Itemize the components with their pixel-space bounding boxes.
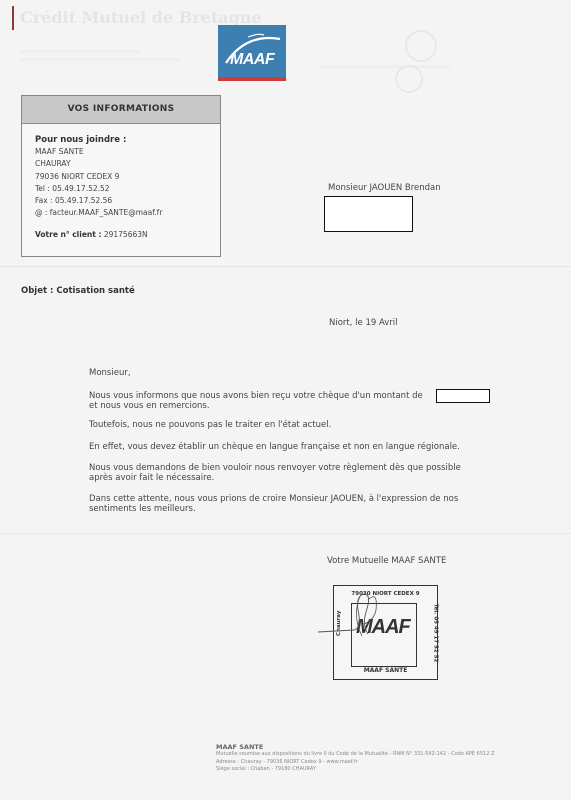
contact-heading: Pour nous joindre : <box>35 134 220 146</box>
signoff: Votre Mutuelle MAAF SANTE <box>327 556 446 566</box>
body-paragraph: et nous vous en remercions. <box>89 401 509 412</box>
ghost-line <box>20 58 180 61</box>
contact-fax: Fax : 05.49.17.52.56 <box>35 195 220 207</box>
footer-line: Adresse : Chauray - 79036 NIORT Cedex 9 … <box>216 759 494 766</box>
fold-line <box>0 266 571 268</box>
client-number: 29175663N <box>104 230 148 239</box>
stamp-name: MAAF SANTÉ <box>334 667 437 674</box>
info-box-title: VOS INFORMATIONS <box>22 96 220 124</box>
contact-line: MAAF SANTE <box>35 146 220 158</box>
redacted-address <box>324 196 413 232</box>
body-paragraph: après avoir fait le nécessaire. <box>89 473 509 484</box>
body-paragraph: Nous vous demandons de bien vouloir nous… <box>89 463 509 474</box>
recipient-name: Monsieur JAOUEN Brendan <box>328 183 441 193</box>
footer-line: Mutuelle soumise aux dispositions du liv… <box>216 751 494 758</box>
contact-line: 79036 NIORT CEDEX 9 <box>35 171 220 183</box>
contact-phone: Tel : 05.49.17.52.52 <box>35 183 220 195</box>
maaf-logo: MAAF <box>218 25 286 77</box>
scan-mark <box>12 6 14 30</box>
ghost-circle <box>395 65 423 93</box>
contact-email: @ : facteur.MAAF_SANTE@maaf.fr <box>35 207 220 219</box>
letter-subject: Objet : Cotisation santé <box>21 286 135 296</box>
info-box: VOS INFORMATIONS Pour nous joindre : MAA… <box>21 95 221 257</box>
ghost-line <box>20 50 140 53</box>
logo-red-bar <box>218 77 286 81</box>
ghost-line <box>320 65 450 68</box>
salutation: Monsieur, <box>89 368 509 379</box>
body-paragraph: sentiments les meilleurs. <box>89 504 509 515</box>
body-paragraph: Toutefois, nous ne pouvons pas le traite… <box>89 420 509 431</box>
body-paragraph: En effet, vous devez établir un chèque e… <box>89 442 509 453</box>
ghost-euro-icon <box>405 30 437 62</box>
contact-line: CHAURAY <box>35 158 220 170</box>
stamp-phone: Tél. 05 49 17 52 52 <box>433 604 439 663</box>
logo-text: MAAF <box>230 51 274 69</box>
legal-footer: MAAF SANTE Mutuelle soumise aux disposit… <box>216 744 494 773</box>
client-number-row: Votre n° client : 29175663N <box>35 229 220 241</box>
client-number-label: Votre n° client : <box>35 230 101 239</box>
fold-line <box>0 533 571 535</box>
footer-line: Siège social : Chaban - 79180 CHAURAY <box>216 766 494 773</box>
body-paragraph: Dans cette attente, nous vous prions de … <box>89 494 509 505</box>
letter-date: Niort, le 19 Avril <box>329 318 398 328</box>
signature-icon <box>318 590 408 650</box>
